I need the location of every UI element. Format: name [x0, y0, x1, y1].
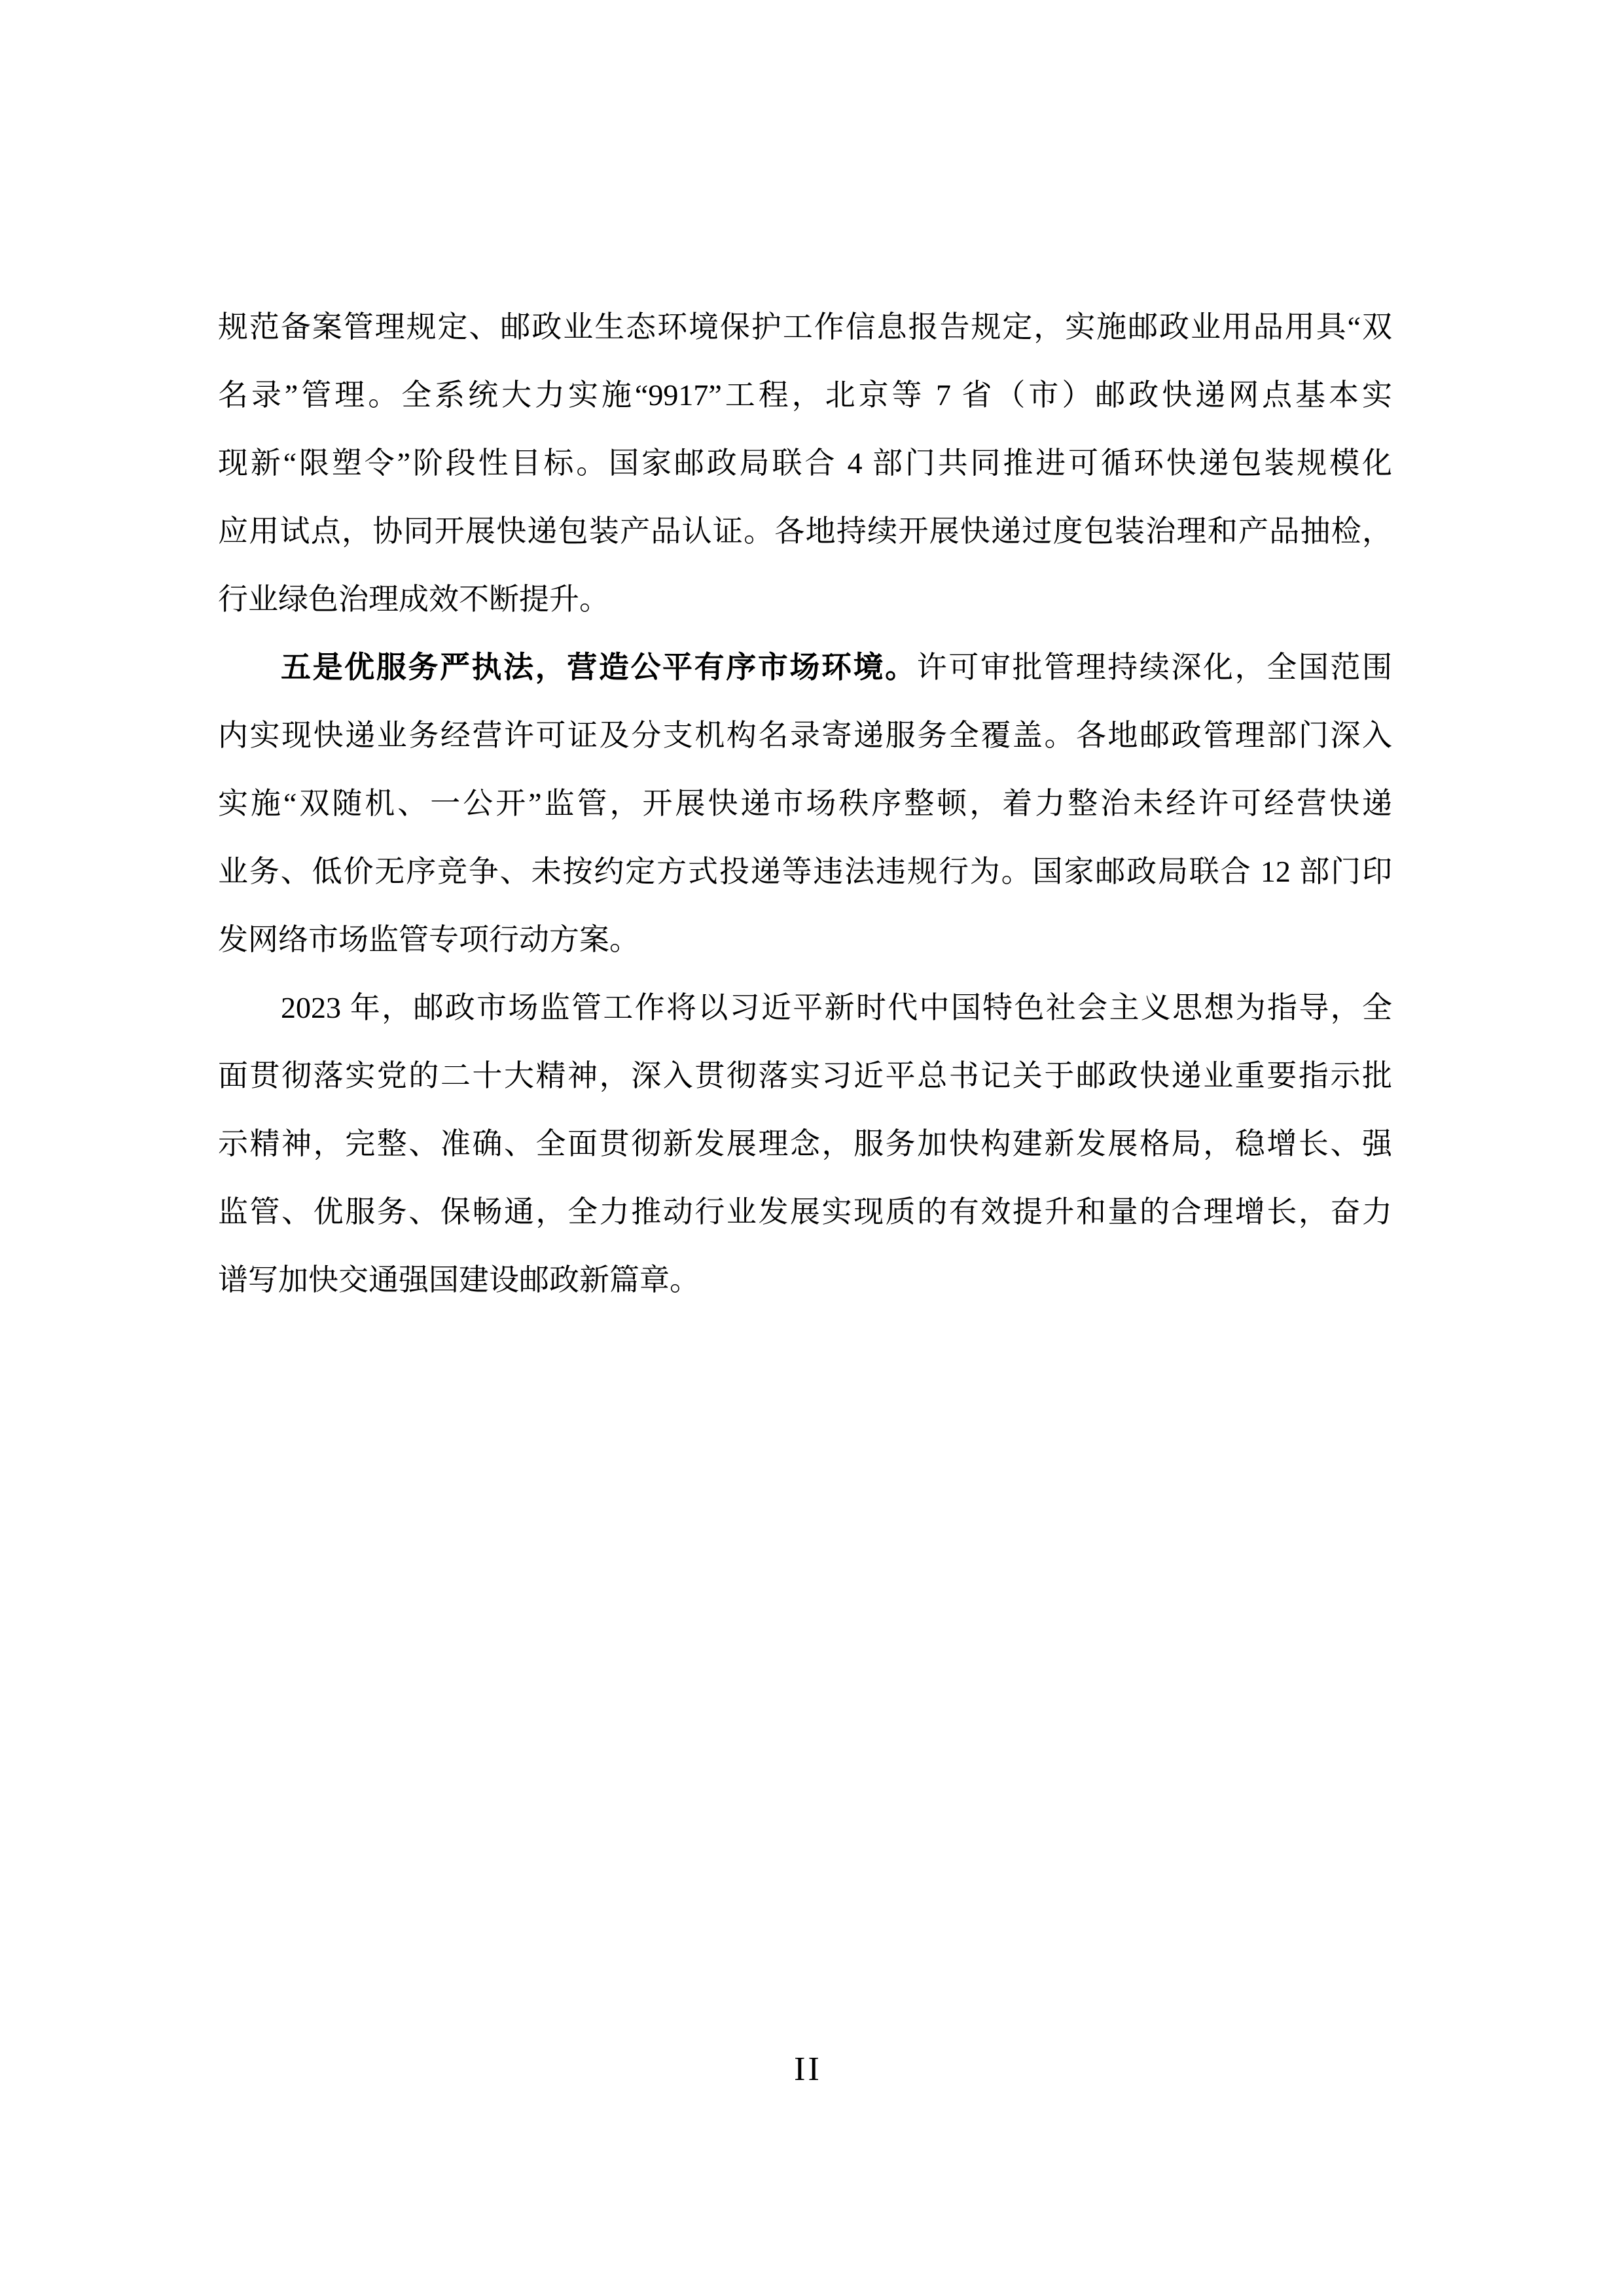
text-line: 规范备案管理规定、邮政业生态环境保护工作信息报告规定，实施邮政业用品用具“双 — [218, 293, 1392, 361]
page-footer: II — [0, 2049, 1616, 2090]
report-body: 规范备案管理规定、邮政业生态环境保护工作信息报告规定，实施邮政业用品用具“双 名… — [218, 293, 1392, 1314]
text-line: 谱写加快交通强国建设邮政新篇章。 — [218, 1246, 1392, 1314]
text-run: 许可审批管理持续深化，全国范围 — [917, 651, 1392, 684]
text-line: 发网络市场监管专项行动方案。 — [218, 906, 1392, 974]
page-number: II — [794, 2049, 822, 2090]
run-in-heading: 五是优服务严执法，营造公平有序市场环境。 — [281, 651, 917, 684]
text-line: 现新“限塑令”阶段性目标。国家邮政局联合 4 部门共同推进可循环快递包装规模化 — [218, 429, 1392, 497]
paragraph-2023-outlook: 2023 年，邮政市场监管工作将以习近平新时代中国特色社会主义思想为指导，全 面… — [218, 974, 1392, 1314]
text-line: 业务、低价无序竞争、未按约定方式投递等违法违规行为。国家邮政局联合 12 部门印 — [218, 838, 1392, 906]
text-line: 监管、优服务、保畅通，全力推动行业发展实现质的有效提升和量的合理增长，奋力 — [218, 1178, 1392, 1246]
paragraph-green-governance: 规范备案管理规定、邮政业生态环境保护工作信息报告规定，实施邮政业用品用具“双 名… — [218, 293, 1392, 634]
document-page: 规范备案管理规定、邮政业生态环境保护工作信息报告规定，实施邮政业用品用具“双 名… — [0, 0, 1616, 2296]
text-line: 五是优服务严执法，营造公平有序市场环境。许可审批管理持续深化，全国范围 — [218, 634, 1392, 702]
paragraph-fair-market-environment: 五是优服务严执法，营造公平有序市场环境。许可审批管理持续深化，全国范围 内实现快… — [218, 634, 1392, 974]
text-line: 2023 年，邮政市场监管工作将以习近平新时代中国特色社会主义思想为指导，全 — [218, 974, 1392, 1042]
text-line: 面贯彻落实党的二十大精神，深入贯彻落实习近平总书记关于邮政快递业重要指示批 — [218, 1042, 1392, 1110]
text-line: 应用试点，协同开展快递包装产品认证。各地持续开展快递过度包装治理和产品抽检， — [218, 497, 1392, 565]
text-line: 示精神，完整、准确、全面贯彻新发展理念，服务加快构建新发展格局，稳增长、强 — [218, 1110, 1392, 1178]
text-line: 实施“双随机、一公开”监管，开展快递市场秩序整顿，着力整治未经许可经营快递 — [218, 770, 1392, 838]
text-line: 行业绿色治理成效不断提升。 — [218, 565, 1392, 634]
text-line: 名录”管理。全系统大力实施“9917”工程，北京等 7 省（市）邮政快递网点基本… — [218, 361, 1392, 429]
text-line: 内实现快递业务经营许可证及分支机构名录寄递服务全覆盖。各地邮政管理部门深入 — [218, 702, 1392, 770]
